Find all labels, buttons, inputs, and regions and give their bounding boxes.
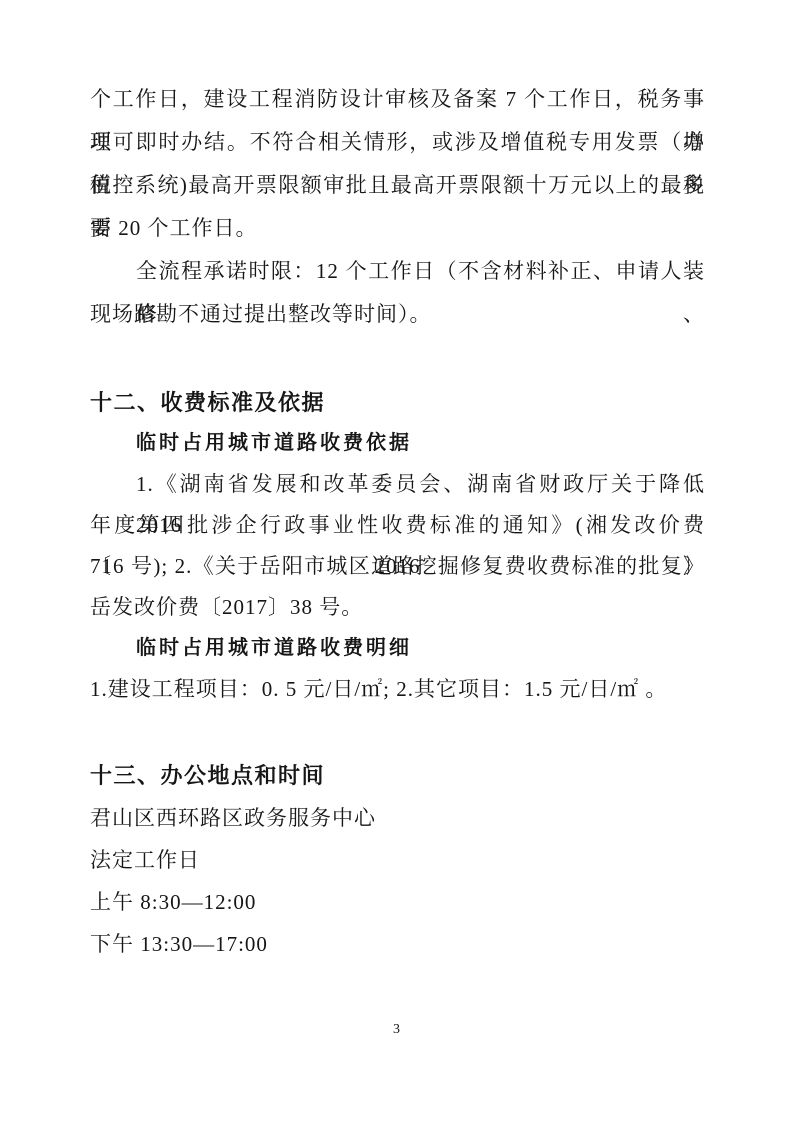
section-13-heading: 十三、办公地点和时间 [90,755,705,797]
fee-basis-subheading: 临时占用城市道路收费依据 [90,423,705,464]
document-page: 个工作日，建设工程消防设计审核及备案 7 个工作日，税务事项办 理可即时办结。不… [0,0,793,1122]
text-line: 716 号); 2.《关于岳阳市城区道路挖掘修复费收费标准的批复》 [90,546,705,587]
text-line: 全流程承诺时限：12 个工作日（不含材料补正、申请人装修、 [90,250,705,293]
section-office-location: 十三、办公地点和时间 君山区西环路区政务服务中心 法定工作日 上午 8:30—1… [90,755,705,965]
afternoon-hours-line: 下午 13:30—17:00 [90,923,705,965]
text-line: 要 20 个工作日。 [90,207,705,250]
text-line: 岳发改价费〔2017〕38 号。 [90,587,705,628]
text-line: 税控系统)最高开票限额审批且最高开票限额十万元以上的最多需 [90,164,705,207]
office-address-line: 君山区西环路区政务服务中心 [90,797,705,839]
section-fee-standards: 十二、收费标准及依据 临时占用城市道路收费依据 1.《湖南省发展和改革委员会、湖… [90,382,705,710]
text-line: 理可即时办结。不符合相关情形，或涉及增值税专用发票（增值税 [90,121,705,164]
working-days-line: 法定工作日 [90,839,705,881]
document-body: 个工作日，建设工程消防设计审核及备案 7 个工作日，税务事项办 理可即时办结。不… [90,78,705,965]
text-line: 1.《湖南省发展和改革委员会、湖南省财政厅关于降低 2016 [90,464,705,505]
text-line: 个工作日，建设工程消防设计审核及备案 7 个工作日，税务事项办 [90,78,705,121]
section-12-heading: 十二、收费标准及依据 [90,382,705,423]
fee-detail-line: 1.建设工程项目：0. 5 元/日/㎡; 2.其它项目：1.5 元/日/㎡ 。 [90,669,705,710]
fee-detail-subheading: 临时占用城市道路收费明细 [90,628,705,669]
paragraph-processing-time: 个工作日，建设工程消防设计审核及备案 7 个工作日，税务事项办 理可即时办结。不… [90,78,705,250]
page-number: 3 [0,1022,793,1038]
text-line: 年度第四批涉企行政事业性收费标准的通知》(湘发改价费〔2016〕 [90,505,705,546]
paragraph-commitment-time: 全流程承诺时限：12 个工作日（不含材料补正、申请人装修、 现场踏勘不通过提出整… [90,250,705,336]
morning-hours-line: 上午 8:30—12:00 [90,881,705,923]
